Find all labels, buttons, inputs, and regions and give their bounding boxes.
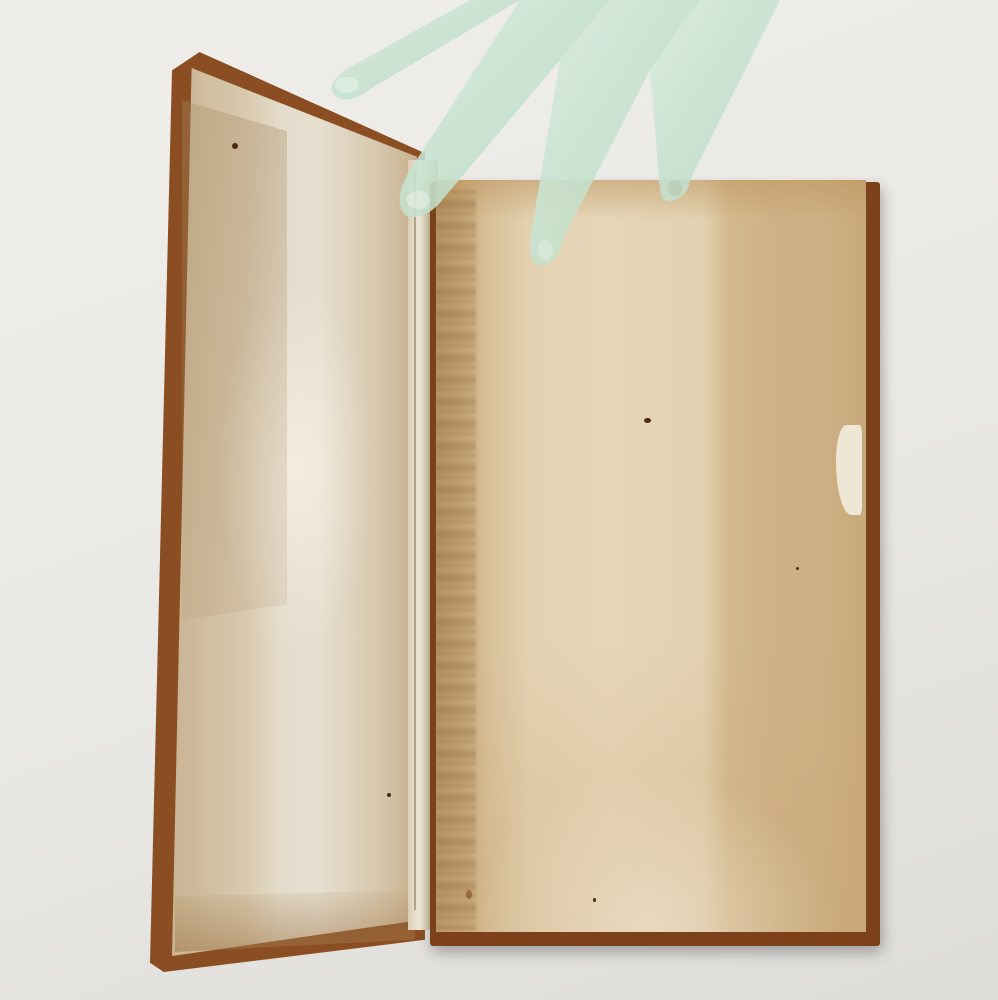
gutter-foxing xyxy=(436,190,476,930)
foxing-spot xyxy=(644,418,651,423)
leaf-top-stain xyxy=(436,180,866,220)
pastedown-stain xyxy=(182,100,287,620)
glass-finger-pinky xyxy=(650,0,780,201)
leaf-bottom-stain xyxy=(436,640,866,932)
photo-scene xyxy=(0,0,998,1000)
foxing-spot xyxy=(796,567,799,570)
foxing-spot xyxy=(232,143,238,149)
foxing-spot xyxy=(466,890,472,899)
foxing-spot xyxy=(593,898,596,902)
glass-finger-index xyxy=(331,0,520,100)
hinge-crease xyxy=(414,170,416,910)
foxing-spot xyxy=(387,793,391,797)
